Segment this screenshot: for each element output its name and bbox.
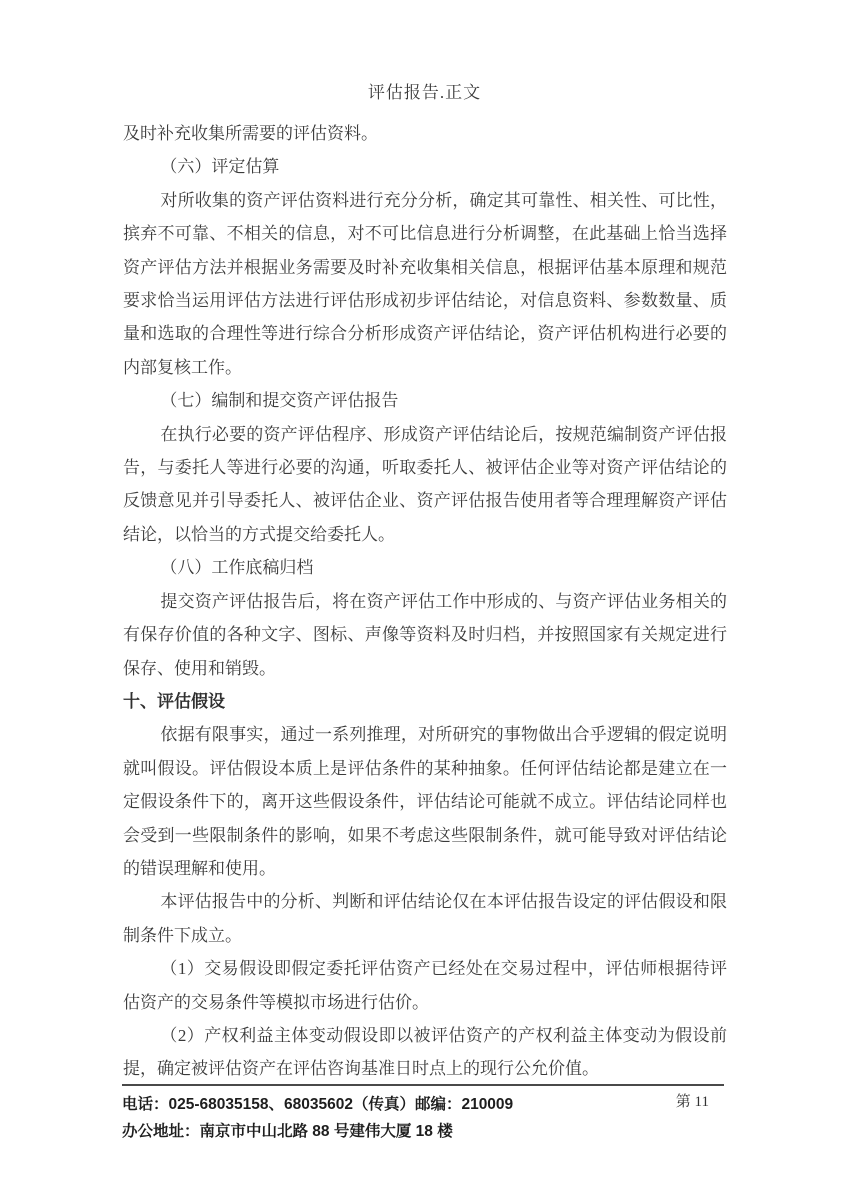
page-title: 评估报告.正文 bbox=[0, 78, 849, 103]
paragraph-continuation: 及时补充收集所需要的评估资料。 bbox=[123, 117, 727, 150]
subsection-heading-8: （八）工作底稿归档 bbox=[123, 551, 727, 584]
paragraph-assumption-1: （1）交易假设即假定委托评估资产已经处在交易过程中，评估师根据待评估资产的交易条… bbox=[123, 952, 727, 1019]
subsection-heading-7: （七）编制和提交资产评估报告 bbox=[123, 384, 727, 417]
document-body: 及时补充收集所需要的评估资料。 （六）评定估算 对所收集的资产评估资料进行充分分… bbox=[123, 117, 727, 1086]
paragraph-assumption-2: （2）产权利益主体变动假设即以被评估资产的产权利益主体变动为假设前提，确定被评估… bbox=[123, 1019, 727, 1086]
paragraph-assumptions-scope: 本评估报告中的分析、判断和评估结论仅在本评估报告设定的评估假设和限制条件下成立。 bbox=[123, 885, 727, 952]
page-footer: 电话：025-68035158、68035602（传真）邮编：210009 办公… bbox=[122, 1084, 724, 1145]
section-heading-10-assumptions: 十、评估假设 bbox=[123, 685, 727, 718]
page-number: 第 11 bbox=[676, 1090, 709, 1111]
footer-address-line: 办公地址：南京市中山北路 88 号建伟大厦 18 楼 bbox=[122, 1118, 724, 1145]
footer-contact-line: 电话：025-68035158、68035602（传真）邮编：210009 bbox=[122, 1091, 724, 1118]
paragraph-section-7-body: 在执行必要的资产评估程序、形成资产评估结论后，按规范编制资产评估报告，与委托人等… bbox=[123, 418, 727, 552]
subsection-heading-6: （六）评定估算 bbox=[123, 150, 727, 183]
paragraph-section-6-body: 对所收集的资产评估资料进行充分分析，确定其可靠性、相关性、可比性，摈弃不可靠、不… bbox=[123, 184, 727, 384]
paragraph-section-8-body: 提交资产评估报告后，将在资产评估工作中形成的、与资产评估业务相关的有保存价值的各… bbox=[123, 585, 727, 685]
document-page: 评估报告.正文 及时补充收集所需要的评估资料。 （六）评定估算 对所收集的资产评… bbox=[0, 0, 849, 1200]
paragraph-assumptions-intro: 依据有限事实，通过一系列推理，对所研究的事物做出合乎逻辑的假定说明就叫假设。评估… bbox=[123, 718, 727, 885]
